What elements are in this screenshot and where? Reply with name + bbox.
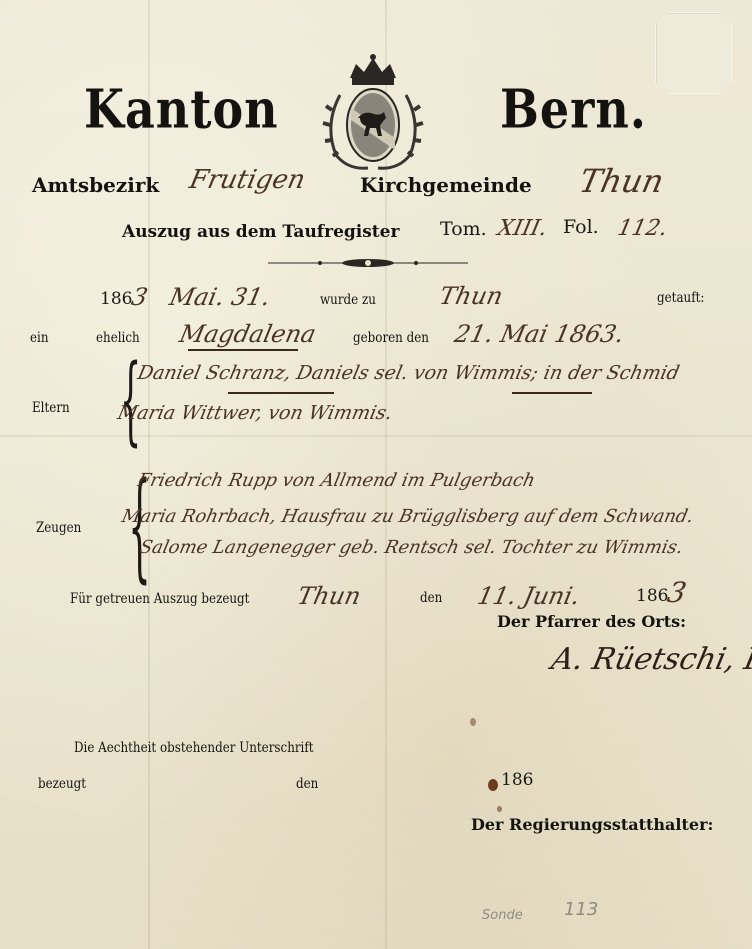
- kirchgemeinde-value: Thun: [576, 162, 667, 200]
- certification-den-label: den: [420, 590, 442, 606]
- baptism-year-prefix: 186: [100, 289, 132, 309]
- father-name-underline: [228, 392, 334, 394]
- zeugen-label: Zeugen: [36, 520, 81, 536]
- witness-line-2: Maria Rohrbach, Hausfrau zu Brügglisberg…: [120, 506, 696, 527]
- title-bern: Bern.: [500, 78, 647, 140]
- coat-of-arms-icon: [318, 50, 428, 175]
- pastor-label: Der Pfarrer des Orts:: [497, 612, 686, 631]
- pencil-note-word: Sonde: [482, 908, 523, 923]
- ornament-divider: [268, 255, 468, 269]
- eltern-label: Eltern: [32, 400, 70, 416]
- origin-underline: [512, 392, 592, 394]
- certification-year-prefix: 186: [636, 586, 668, 606]
- pencil-note-number: 113: [564, 899, 598, 920]
- authentication-bezeugt-label: bezeugt: [38, 776, 86, 792]
- kirchgemeinde-label: Kirchgemeinde: [360, 173, 532, 197]
- tom-label: Tom.: [440, 218, 487, 240]
- embossed-seal: [655, 12, 732, 94]
- ink-stain: [497, 806, 502, 812]
- certification-place-value: Thun: [295, 582, 363, 610]
- geboren-label: geboren den: [353, 330, 429, 346]
- witness-line-3: Salome Langenegger geb. Rentsch sel. Toc…: [138, 537, 685, 558]
- ink-stain: [470, 718, 476, 726]
- birth-date-value: 21. Mai 1863.: [452, 320, 627, 348]
- authentication-year-prefix: 186: [501, 770, 533, 790]
- witness-line-1: Friedrich Rupp von Allmend im Pulgerbach: [136, 470, 537, 491]
- ein-label: ein: [30, 330, 49, 346]
- getauft-label: getauft:: [657, 290, 704, 306]
- fol-value: 112.: [615, 216, 669, 241]
- register-prefix: Auszug aus dem Taufregister: [122, 222, 399, 242]
- certification-label: Für getreuen Auszug bezeugt: [70, 591, 249, 607]
- ink-stain: [488, 779, 498, 791]
- pastor-signature: A. Rüetschi, Pfr.: [548, 642, 752, 677]
- amtsbezirk-label: Amtsbezirk: [32, 173, 159, 197]
- title-kanton: Kanton: [84, 78, 279, 140]
- parents-line-1: Daniel Schranz, Daniels sel. von Wimmis;…: [136, 362, 682, 384]
- certification-date-value: 11. Juni.: [475, 582, 583, 610]
- amtsbezirk-value: Frutigen: [187, 165, 308, 195]
- fol-label: Fol.: [563, 216, 599, 238]
- child-name-underline: [188, 349, 298, 351]
- baptism-date-value: Mai. 31.: [167, 283, 273, 311]
- authentication-line-1: Die Aechtheit obstehender Unterschrift: [74, 740, 314, 756]
- brace-parents: {: [120, 352, 141, 448]
- parents-line-2: Maria Wittwer, von Wimmis.: [116, 402, 395, 424]
- tom-value: XIII.: [495, 216, 549, 241]
- authentication-den-label: den: [296, 776, 318, 792]
- child-name-value: Magdalena: [177, 320, 319, 348]
- baptism-place-value: Thun: [437, 282, 505, 310]
- wurde-zu-label: wurde zu: [320, 292, 376, 308]
- fold-line: [0, 435, 752, 437]
- official-label: Der Regierungsstatthalter:: [471, 815, 713, 834]
